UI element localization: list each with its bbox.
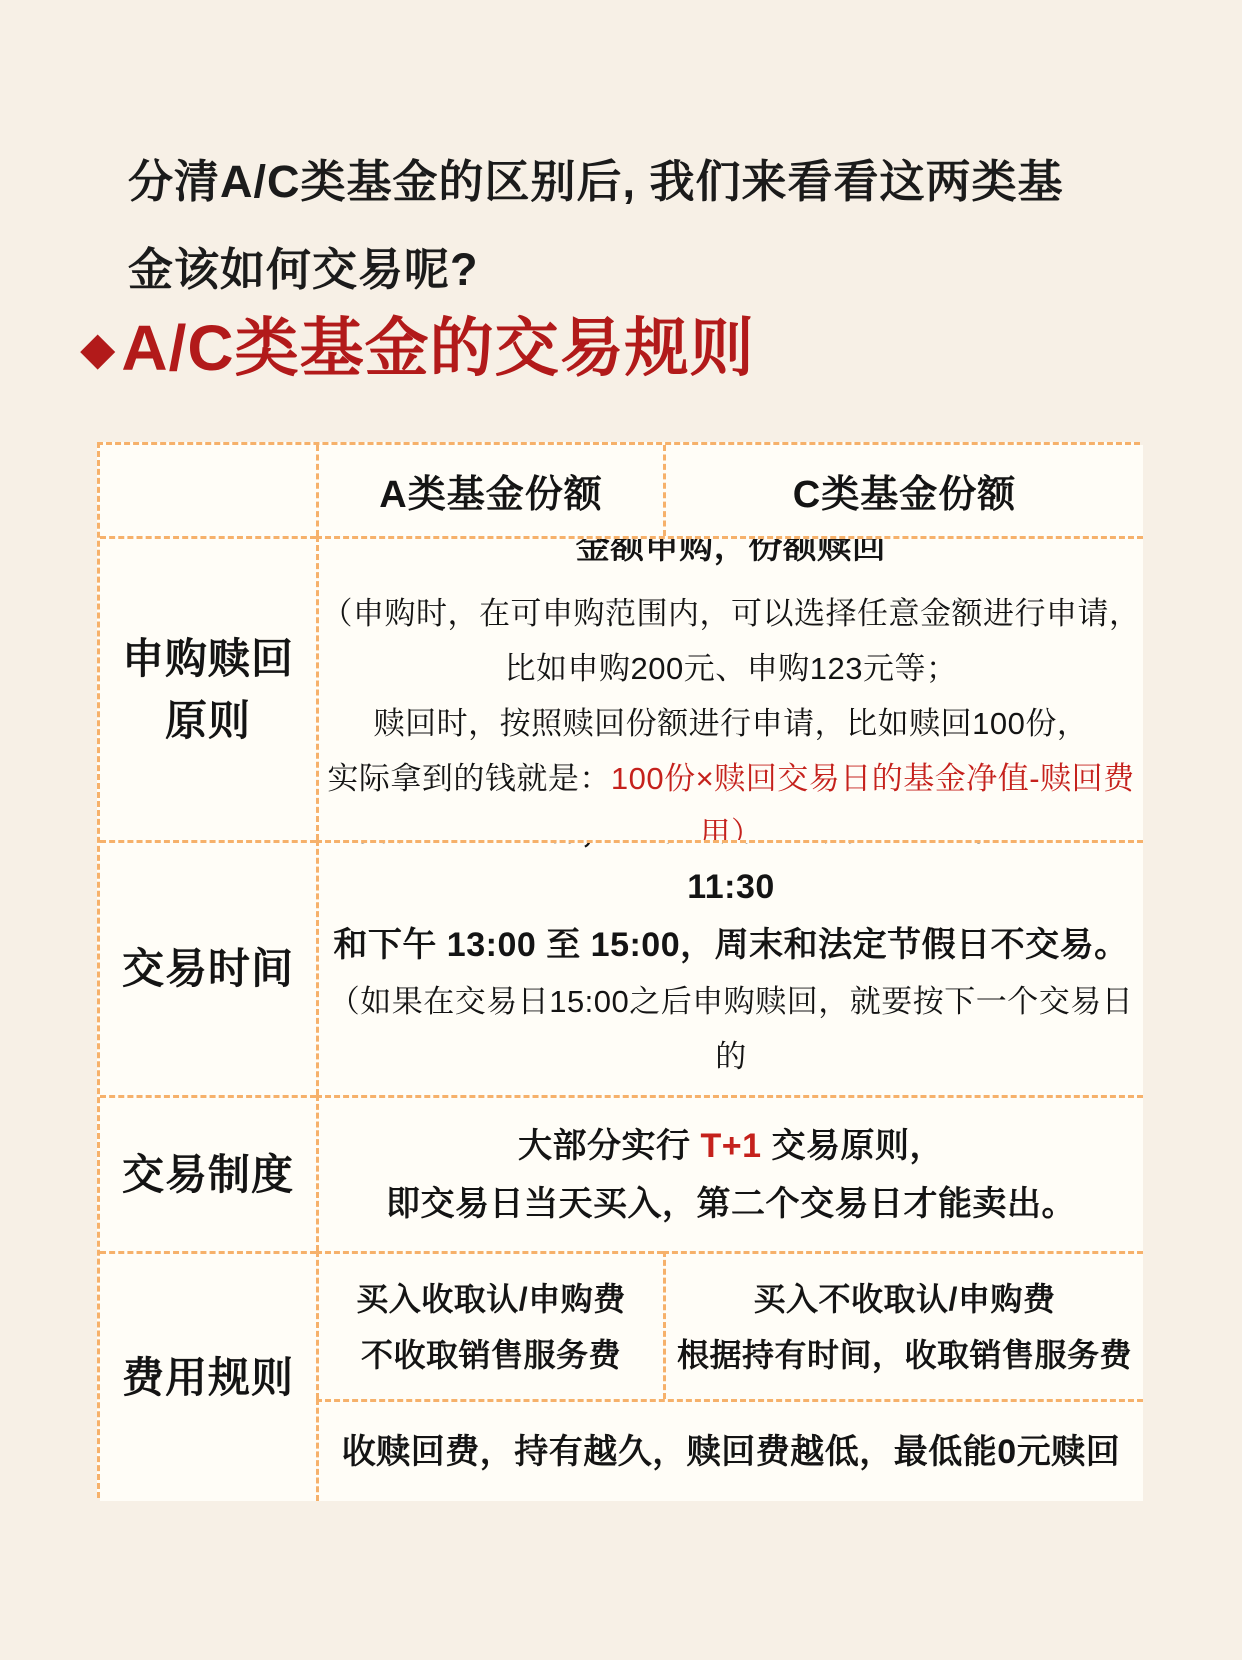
trading-system-line-1-before: 大部分实行 (518, 1127, 700, 1165)
trading-system-line-1-after: 交易原则， (762, 1127, 944, 1165)
trading-system-line-1: 大部分实行 T+1 交易原则， (518, 1117, 944, 1175)
fees-redemption-cell: 收赎回费，持有越久，赎回费越低，最低能0元赎回 (316, 1399, 1143, 1501)
trading-time-bold-2: 和下午 13:00 至 15:00，周末和法定节假日不交易。 (333, 916, 1128, 974)
fees-c-line-1: 买入不收取认/申购费 (754, 1271, 1056, 1327)
subscription-content-cell: 金额申购，份额赎回 （申购时，在可申购范围内，可以选择任意金额进行申请， 比如申… (316, 536, 1143, 840)
row-label-trading-system: 交易制度 (100, 1095, 316, 1251)
subscription-line-4: 实际拿到的钱就是：100份×赎回交易日的基金净值-赎回费用） (319, 751, 1143, 840)
intro-paragraph: 分清A/C类基金的区别后, 我们来看看这两类基 金该如何交易呢? (128, 138, 1138, 314)
trading-system-t-plus-1: T+1 (700, 1127, 761, 1165)
fees-c-line-2: 根据持有时间，收取销售服务费 (677, 1327, 1132, 1383)
fees-redemption-line: 收赎回费，持有越久，赎回费越低，最低能0元赎回 (342, 1423, 1120, 1481)
trading-time-bold-1: 与普通基金一样，通常为周一至周五的上午 9:30 至 11:30 (319, 840, 1143, 916)
trading-time-content-cell: 与普通基金一样，通常为周一至周五的上午 9:30 至 11:30 和下午 13:… (316, 840, 1143, 1095)
trading-time-note-1: （如果在交易日15:00之后申购赎回，就要按下一个交易日的 (319, 974, 1143, 1084)
row-label-subscription: 申购赎回 原则 (100, 536, 316, 840)
subscription-line-3: 赎回时，按照赎回份额进行申请，比如赎回100份， (374, 696, 1089, 751)
intro-line-1: 分清A/C类基金的区别后, 我们来看看这两类基 (128, 138, 1138, 226)
header-cell-class-a: A类基金份额 (316, 445, 663, 536)
header-cell-empty (100, 445, 316, 536)
row-label-subscription-line2: 原则 (165, 690, 251, 752)
trading-time-note-2: 单位净值计算买入份额和赎回金额了哦！） (432, 1084, 1031, 1096)
diamond-bullet-icon: ◆ (80, 325, 115, 371)
fees-a-line-2: 不收取销售服务费 (361, 1327, 621, 1383)
row-label-fees: 费用规则 (100, 1251, 316, 1501)
fees-class-a-cell: 买入收取认/申购费 不收取销售服务费 (316, 1251, 663, 1399)
subscription-line-2: 比如申购200元、申购123元等； (505, 641, 958, 696)
subscription-bold-line: 金额申购，份额赎回 (576, 536, 887, 576)
subscription-line-1: （申购时，在可申购范围内，可以选择任意金额进行申请， (322, 586, 1141, 641)
row-label-subscription-line1: 申购赎回 (122, 628, 294, 690)
subscription-line-4-black: 实际拿到的钱就是： (327, 761, 611, 796)
section-heading-text: A/C类基金的交易规则 (121, 300, 754, 396)
header-cell-class-c: C类基金份额 (663, 445, 1143, 536)
fees-class-c-cell: 买入不收取认/申购费 根据持有时间，收取销售服务费 (663, 1251, 1143, 1399)
trading-system-line-2: 即交易日当天买入，第二个交易日才能卖出。 (386, 1175, 1076, 1233)
infographic-page: 分清A/C类基金的区别后, 我们来看看这两类基 金该如何交易呢? ◆ A/C类基… (0, 0, 1242, 1660)
subscription-line-4-red: 100份×赎回交易日的基金净值-赎回费用） (611, 761, 1135, 840)
trading-system-content-cell: 大部分实行 T+1 交易原则， 即交易日当天买入，第二个交易日才能卖出。 (316, 1095, 1143, 1251)
trading-rules-table: A类基金份额 C类基金份额 申购赎回 原则 金额申购，份额赎回 （申购时，在可申… (97, 442, 1140, 1498)
row-label-trading-time: 交易时间 (100, 840, 316, 1095)
fees-a-line-1: 买入收取认/申购费 (356, 1271, 625, 1327)
section-heading: ◆ A/C类基金的交易规则 (80, 300, 755, 396)
